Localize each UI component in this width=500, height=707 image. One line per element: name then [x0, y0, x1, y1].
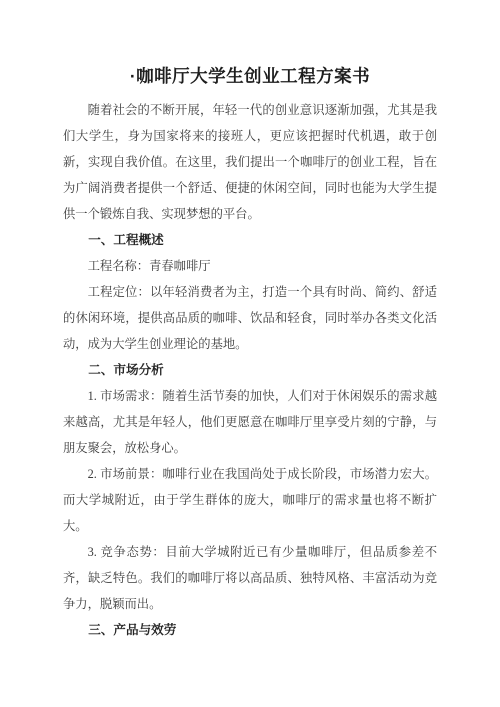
- document-page: ·咖啡厅大学生创业工程方案书 随着社会的不断开展，年轻一代的创业意识逐渐加强，尤…: [0, 0, 500, 707]
- document-body: 随着社会的不断开展，年轻一代的创业意识逐渐加强，尤其是我们大学生，身为国家将来的…: [63, 97, 437, 643]
- section-heading-2-market-analysis: 二、市场分析: [63, 357, 437, 383]
- market-demand-paragraph: 1. 市场需求：随着生活节奏的加快，人们对于休闲娱乐的需求越来越高，尤其是年轻人…: [63, 383, 437, 461]
- intro-paragraph: 随着社会的不断开展，年轻一代的创业意识逐渐加强，尤其是我们大学生，身为国家将来的…: [63, 97, 437, 227]
- market-prospect-paragraph: 2. 市场前景：咖啡行业在我国尚处于成长阶段，市场潜力宏大。而大学城附近，由于学…: [63, 461, 437, 539]
- project-positioning-paragraph: 工程定位：以年轻消费者为主，打造一个具有时尚、简约、舒适的休闲环境，提供高品质的…: [63, 279, 437, 357]
- competition-paragraph: 3. 竞争态势：目前大学城附近已有少量咖啡厅，但品质参差不齐，缺乏特色。我们的咖…: [63, 539, 437, 617]
- section-heading-1-project-overview: 一、工程概述: [63, 227, 437, 253]
- project-name-paragraph: 工程名称：青春咖啡厅: [63, 253, 437, 279]
- section-heading-3-products-services: 三、产品与效劳: [63, 617, 437, 643]
- document-title: ·咖啡厅大学生创业工程方案书: [63, 63, 437, 89]
